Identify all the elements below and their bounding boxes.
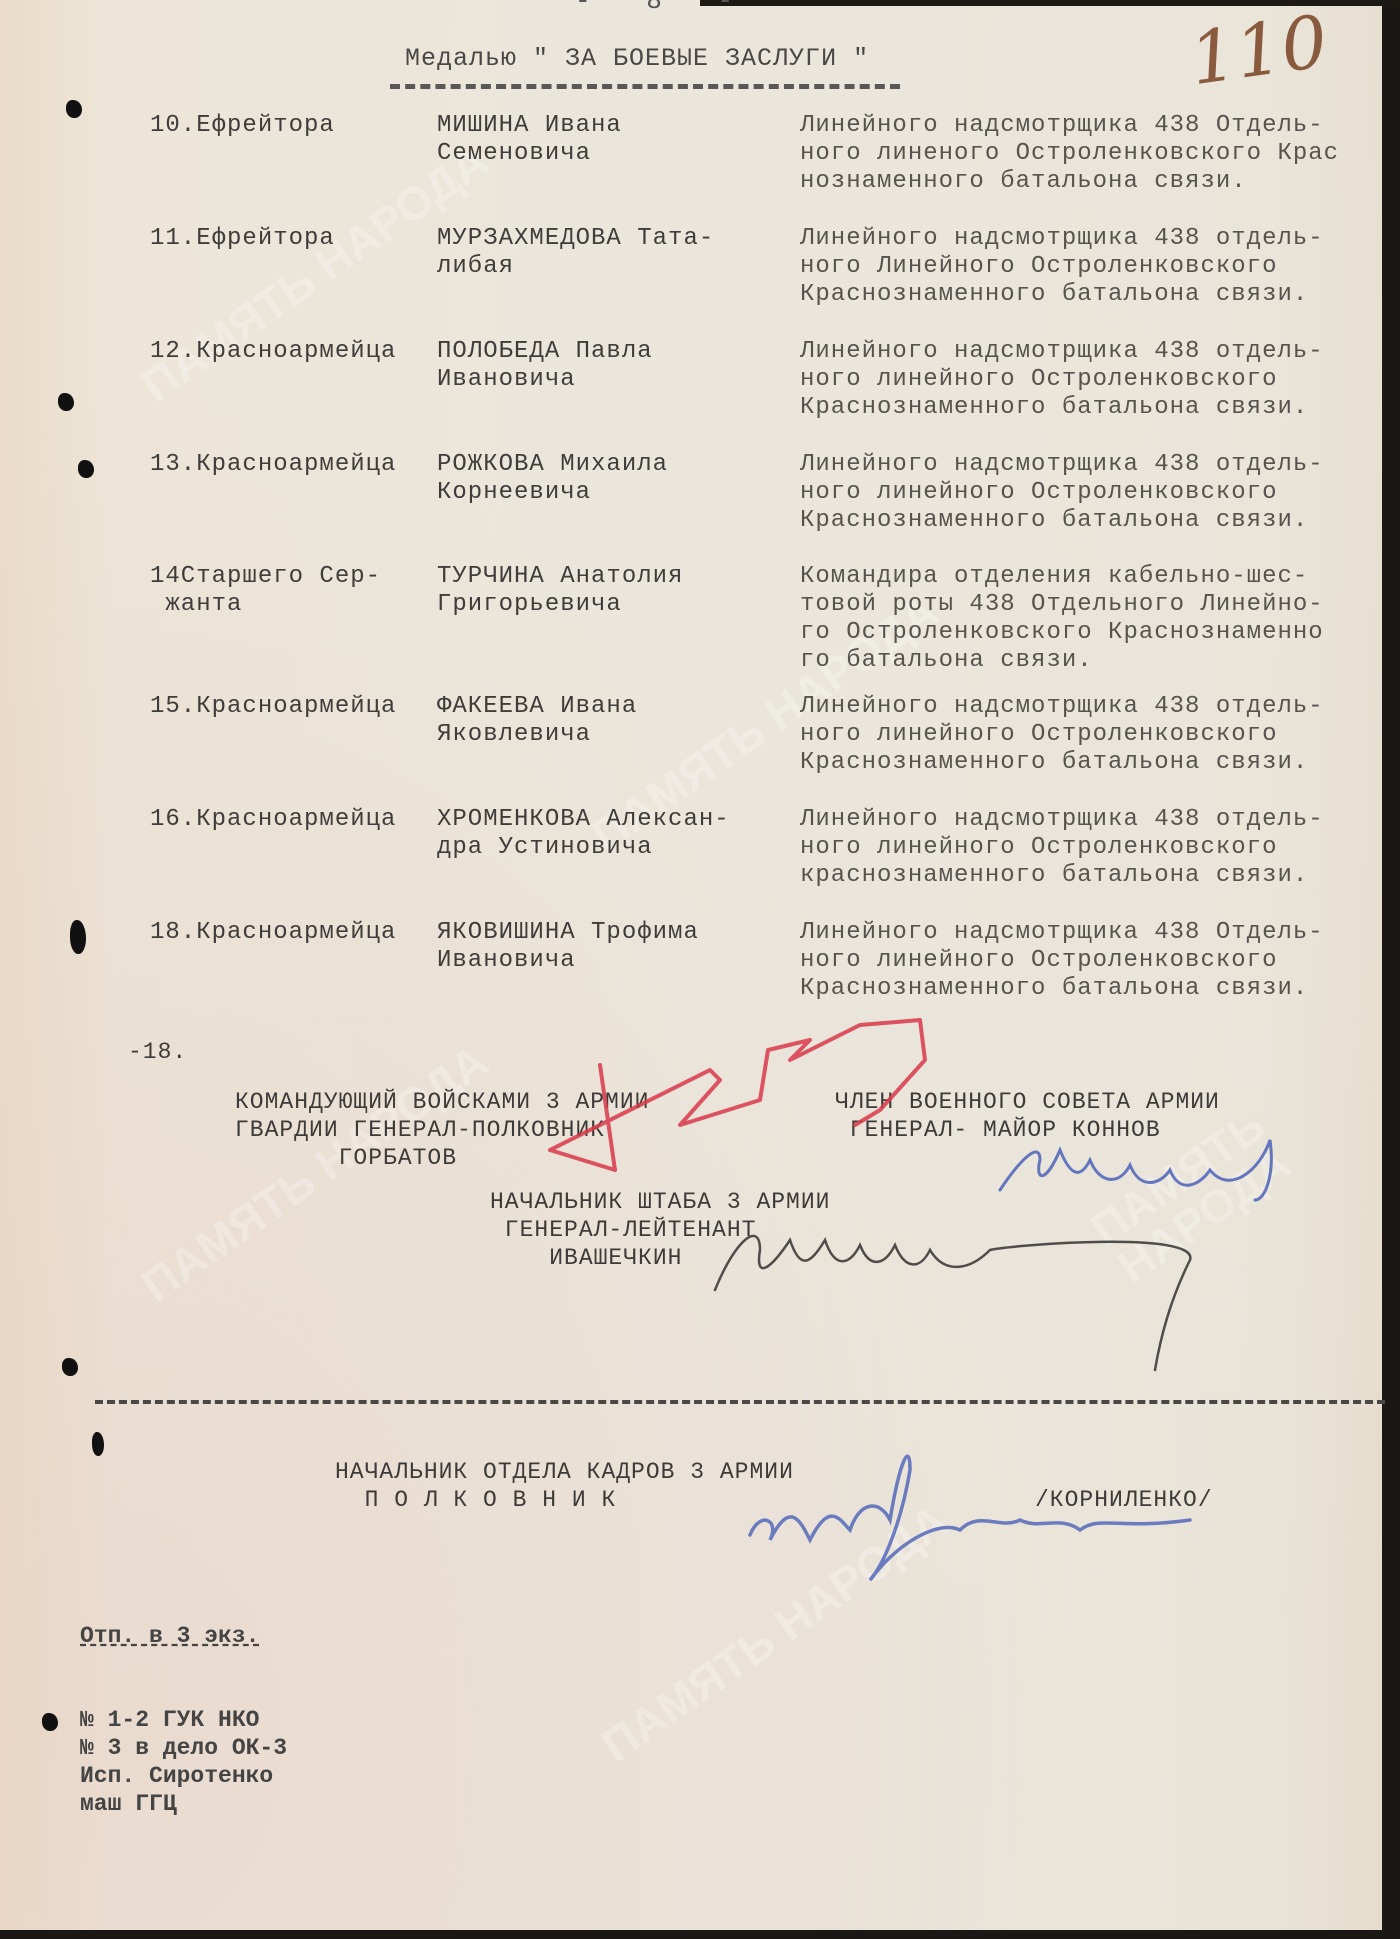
personnel-chief-name: /КОРНИЛЕНКО/ <box>1035 1486 1213 1514</box>
signature-block-chief-of-staff: НАЧАЛЬНИК ШТАБА 3 АРМИИ ГЕНЕРАЛ-ЛЕЙТЕНАН… <box>490 1188 830 1272</box>
unit-description: Линейного надсмотрщика 438 отдель- ного … <box>800 338 1324 422</box>
handwritten-folio-number: 110 <box>1185 0 1333 101</box>
rank-label: 12.Красноармейца <box>150 338 396 366</box>
unit-description: Линейного надсмотрщика 438 Отдель- ного … <box>800 112 1339 196</box>
unit-description: Линейного надсмотрщика 438 отдель- ного … <box>800 693 1324 777</box>
recipient-name: ФАКЕЕВА Ивана Яковлевича <box>437 693 637 749</box>
signature-block-commander: КОМАНДУЮЩИЙ ВОЙСКАМИ 3 АРМИИ ГВАРДИИ ГЕН… <box>235 1088 649 1172</box>
unit-description: Линейного надсмотрщика 438 отдель- ного … <box>800 451 1324 535</box>
punch-hole <box>78 460 94 478</box>
award-heading: Медалью " ЗА БОЕВЫЕ ЗАСЛУГИ " <box>405 44 869 73</box>
unit-description: Линейного надсмотрщика 438 отдель- ного … <box>800 225 1324 309</box>
recipient-name: ТУРЧИНА Анатолия Григорьевича <box>437 563 683 619</box>
copies-title: Отп. в 3 экз. <box>80 1622 287 1650</box>
watermark: ПАМЯТЬ НАРОДА <box>594 1497 956 1769</box>
rank-label: 10.Ефрейтора <box>150 112 335 140</box>
punch-hole <box>62 1358 78 1376</box>
recipient-name: ХРОМЕНКОВА Алексан- дра Устиновича <box>437 806 730 862</box>
recipient-name: РОЖКОВА Михаила Корнеевича <box>437 451 668 507</box>
recipient-name: МУРЗАХМЕДОВА Тата- либая <box>437 225 714 281</box>
rank-label: 13.Красноармейца <box>150 451 396 479</box>
document-page: - 8 - 110 ПАМЯТЬ НАРОДА ПАМЯТЬ НАРОДА ПА… <box>0 0 1382 1930</box>
punch-hole <box>42 1713 58 1731</box>
unit-description: Линейного надсмотрщика 438 отдель- ного … <box>800 806 1324 890</box>
page-number: - 8 - <box>575 0 753 16</box>
heading-underline <box>390 84 900 89</box>
recipient-name: ПОЛОБЕДА Павла Ивановича <box>437 338 653 394</box>
unit-description: Командира отделения кабельно-шес- товой … <box>800 563 1324 675</box>
section-separator <box>95 1400 1385 1404</box>
unit-description: Линейного надсмотрщика 438 Отдель- ного … <box>800 919 1324 1003</box>
rank-label: 15.Красноармейца <box>150 693 396 721</box>
punch-hole <box>66 100 82 118</box>
rank-label: 14Старшего Сер- жанта <box>150 563 381 619</box>
watermark: ПАМЯТЬ НАРОДА <box>134 1037 496 1309</box>
struck-item-number: -18. <box>128 1038 187 1066</box>
copies-lines: № 1-2 ГУК НКО № 3 в дело ОК-3 Исп. Сирот… <box>80 1706 287 1818</box>
recipient-name: ЯКОВИШИНА Трофима Ивановича <box>437 919 699 975</box>
punch-hole <box>58 393 74 411</box>
rank-label: 16.Красноармейца <box>150 806 396 834</box>
punch-hole <box>92 1432 104 1456</box>
copies-note: Отп. в 3 экз. № 1-2 ГУК НКО № 3 в дело О… <box>80 1566 287 1874</box>
recipient-name: МИШИНА Ивана Семеновича <box>437 112 622 168</box>
rank-label: 18.Красноармейца <box>150 919 396 947</box>
punch-hole <box>70 920 86 954</box>
rank-label: 11.Ефрейтора <box>150 225 335 253</box>
signature-block-personnel-chief: НАЧАЛЬНИК ОТДЕЛА КАДРОВ 3 АРМИИ П О Л К … <box>335 1458 794 1514</box>
signature-block-council-member: ЧЛЕН ВОЕННОГО СОВЕТА АРМИИ ГЕНЕРАЛ- МАЙО… <box>835 1088 1220 1144</box>
